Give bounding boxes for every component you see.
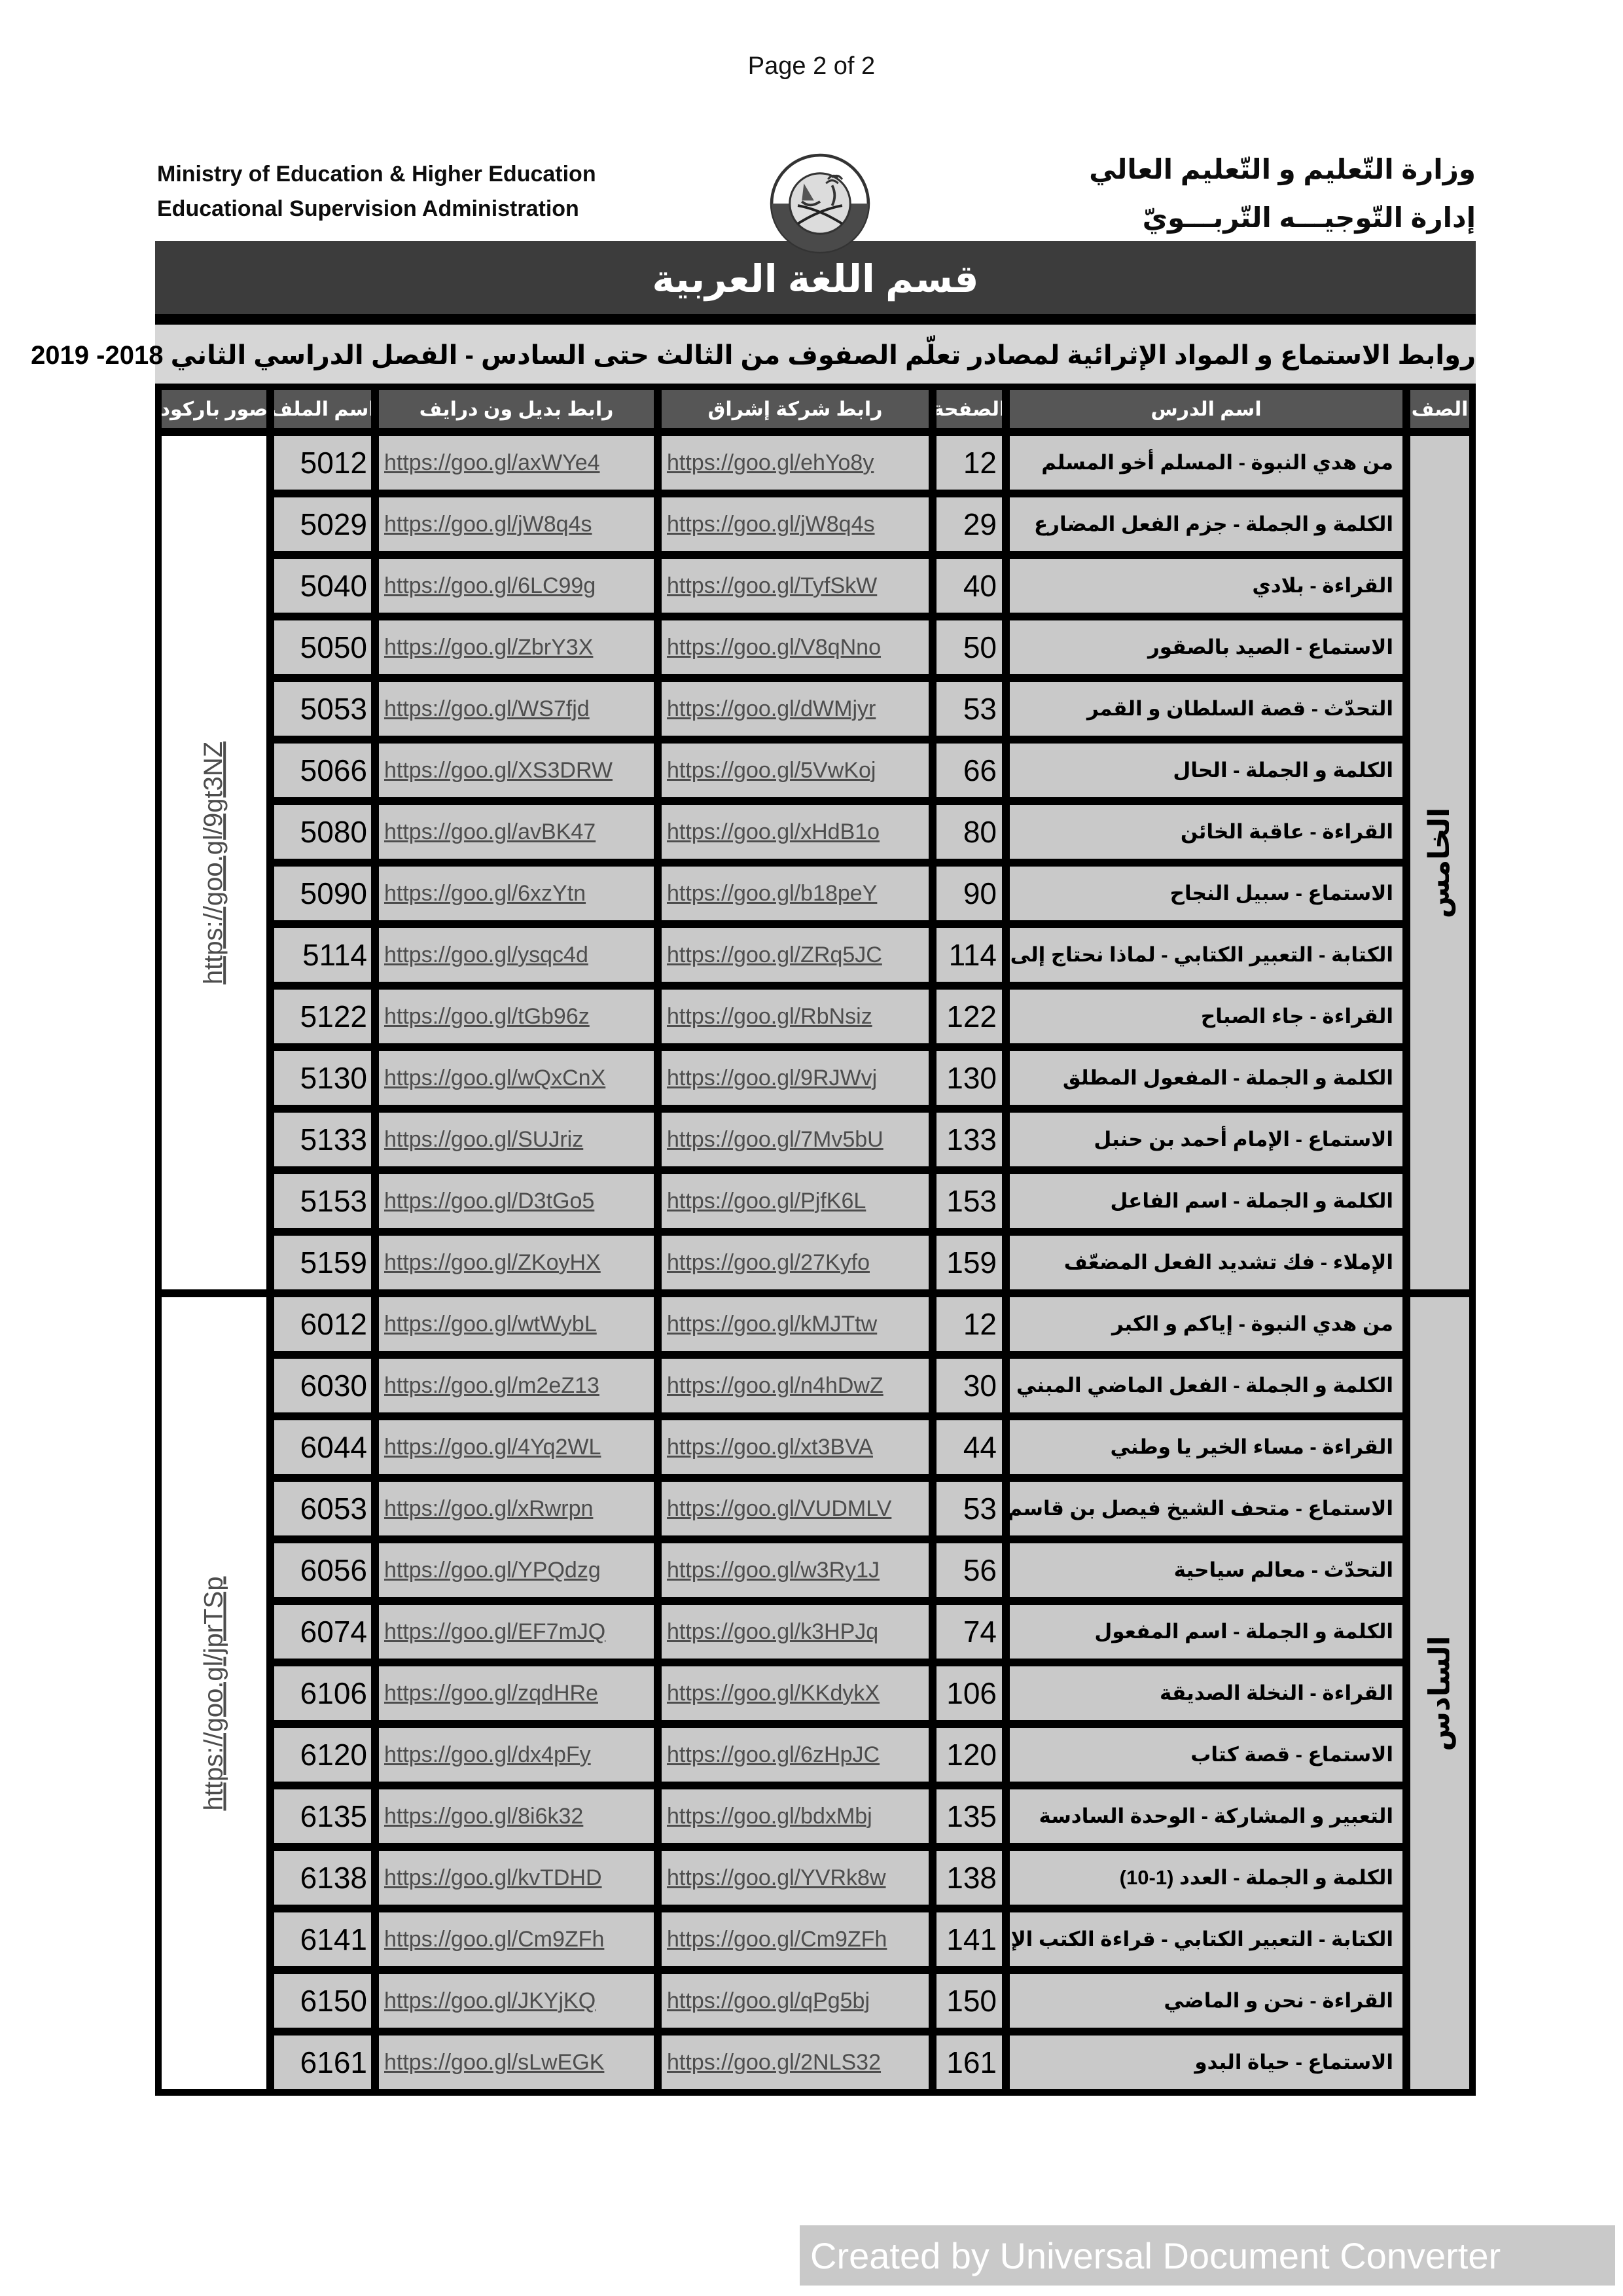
file-number: 6053 — [274, 1482, 371, 1535]
lesson-name: الكتابة - التعبير الكتابي - قراءة الكتب … — [1010, 1912, 1402, 1966]
eshraq-link-cell: https://goo.gl/dWMjyr — [662, 682, 929, 736]
onedrive-link[interactable]: https://goo.gl/SUJriz — [379, 1127, 583, 1153]
eshraq-link[interactable]: https://goo.gl/9RJWvj — [662, 1066, 877, 1091]
onedrive-link-cell: https://goo.gl/4Yq2WL — [379, 1420, 654, 1474]
file-number: 5029 — [274, 497, 371, 551]
file-number: 5153 — [274, 1174, 371, 1228]
file-number: 5066 — [274, 744, 371, 797]
file-number: 6141 — [274, 1912, 371, 1966]
onedrive-link-cell: https://goo.gl/sLwEGK — [379, 2036, 654, 2089]
page-number: 44 — [936, 1420, 1002, 1474]
eshraq-link[interactable]: https://goo.gl/w3Ry1J — [662, 1558, 880, 1583]
page-number: 133 — [936, 1113, 1002, 1166]
eshraq-link[interactable]: https://goo.gl/7Mv5bU — [662, 1127, 883, 1153]
eshraq-link-cell: https://goo.gl/kMJTtw — [662, 1297, 929, 1351]
onedrive-link[interactable]: https://goo.gl/Cm9ZFh — [379, 1927, 604, 1952]
onedrive-link[interactable]: https://goo.gl/ZKoyHX — [379, 1250, 601, 1276]
page-number: 122 — [936, 990, 1002, 1043]
eshraq-link[interactable]: https://goo.gl/V8qNno — [662, 635, 881, 660]
page-number: 30 — [936, 1359, 1002, 1412]
file-number: 5040 — [274, 559, 371, 613]
lesson-name: الكلمة و الجملة - اسم المفعول — [1010, 1605, 1402, 1659]
file-number: 5133 — [274, 1113, 371, 1166]
document-page: Page 2 of 2 Ministry of Education & High… — [0, 0, 1623, 2296]
lesson-name: من هدي النبوة - إياكم و الكبر — [1010, 1297, 1402, 1351]
onedrive-link[interactable]: https://goo.gl/dx4pFy — [379, 1742, 591, 1768]
column-header-file: اسم الملف — [274, 390, 371, 428]
onedrive-link[interactable]: https://goo.gl/ysqc4d — [379, 942, 588, 968]
column-header-page: الصفحة — [936, 390, 1002, 428]
eshraq-link[interactable]: https://goo.gl/xt3BVA — [662, 1435, 873, 1460]
eshraq-link-cell: https://goo.gl/k3HPJq — [662, 1605, 929, 1659]
eshraq-link-cell: https://goo.gl/9RJWvj — [662, 1051, 929, 1105]
page-number: 159 — [936, 1236, 1002, 1289]
eshraq-link-cell: https://goo.gl/ehYo8y — [662, 436, 929, 490]
file-number: 6135 — [274, 1789, 371, 1843]
onedrive-link-cell: https://goo.gl/axWYe4 — [379, 436, 654, 490]
section-grade-six: https://goo.gl/jprTSp السادس 6012 https:… — [162, 1297, 1469, 2089]
page-number: 74 — [936, 1605, 1002, 1659]
eshraq-link[interactable]: https://goo.gl/n4hDwZ — [662, 1373, 883, 1399]
eshraq-link[interactable]: https://goo.gl/dWMjyr — [662, 696, 876, 722]
eshraq-link-cell: https://goo.gl/TyfSkW — [662, 559, 929, 613]
lesson-name: القراءة - بلادي — [1010, 559, 1402, 613]
page-number: 12 — [936, 1297, 1002, 1351]
lesson-name: الكلمة و الجملة - الفعل الماضي المبني لل… — [1010, 1359, 1402, 1412]
onedrive-link-cell: https://goo.gl/6xzYtn — [379, 867, 654, 920]
file-number: 5012 — [274, 436, 371, 490]
lesson-name: القراءة - مساء الخير يا وطني — [1010, 1420, 1402, 1474]
page-number: 141 — [936, 1912, 1002, 1966]
onedrive-link-cell: https://goo.gl/dx4pFy — [379, 1728, 654, 1782]
page-number: 106 — [936, 1666, 1002, 1720]
onedrive-link[interactable]: https://goo.gl/zqdHRe — [379, 1681, 598, 1706]
lesson-name: الكلمة و الجملة - العدد (1-10) — [1010, 1851, 1402, 1905]
eshraq-link-cell: https://goo.gl/xt3BVA — [662, 1420, 929, 1474]
page-number: 40 — [936, 559, 1002, 613]
onedrive-link[interactable]: https://goo.gl/XS3DRW — [379, 758, 613, 783]
onedrive-link-cell: https://goo.gl/wtWybL — [379, 1297, 654, 1351]
lesson-name: الاستماع - الإمام أحمد بن حنبل — [1010, 1113, 1402, 1166]
onedrive-link[interactable]: https://goo.gl/wQxCnX — [379, 1066, 605, 1091]
eshraq-link[interactable]: https://goo.gl/6zHpJC — [662, 1742, 880, 1768]
onedrive-link[interactable]: https://goo.gl/m2eZ13 — [379, 1373, 599, 1399]
onedrive-link-cell: https://goo.gl/6LC99g — [379, 559, 654, 613]
eshraq-link-cell: https://goo.gl/2NLS32 — [662, 2036, 929, 2089]
file-number: 6150 — [274, 1974, 371, 2028]
file-number: 6161 — [274, 2036, 371, 2089]
eshraq-link-cell: https://goo.gl/KKdykX — [662, 1666, 929, 1720]
eshraq-link[interactable]: https://goo.gl/kMJTtw — [662, 1312, 877, 1337]
onedrive-link[interactable]: https://goo.gl/avBK47 — [379, 819, 596, 845]
onedrive-link-cell: https://goo.gl/kvTDHD — [379, 1851, 654, 1905]
lesson-name: الكلمة و الجملة - الحال — [1010, 744, 1402, 797]
lesson-name: الإملاء - فك تشديد الفعل المضعّف — [1010, 1236, 1402, 1289]
eshraq-link-cell: https://goo.gl/7Mv5bU — [662, 1113, 929, 1166]
onedrive-link-cell: https://goo.gl/ysqc4d — [379, 928, 654, 982]
eshraq-link-cell: https://goo.gl/n4hDwZ — [662, 1359, 929, 1412]
file-number: 5114 — [274, 928, 371, 982]
onedrive-link-cell: https://goo.gl/8i6k32 — [379, 1789, 654, 1843]
eshraq-link[interactable]: https://goo.gl/TyfSkW — [662, 573, 877, 599]
ministry-ar-line1: وزارة التّعليم و التّعليم العالي — [1089, 145, 1476, 194]
ministry-ar-line2: إدارة التّوجيـــه التّربـــويّ — [1089, 194, 1476, 242]
onedrive-link[interactable]: https://goo.gl/axWYe4 — [379, 450, 600, 476]
grade-label: السادس — [1423, 1636, 1457, 1751]
barcode-cell: https://goo.gl/9gt3NZ — [162, 436, 266, 1289]
onedrive-link[interactable]: https://goo.gl/ZbrY3X — [379, 635, 593, 660]
eshraq-link[interactable]: https://goo.gl/bdxMbj — [662, 1804, 872, 1829]
onedrive-link[interactable]: https://goo.gl/D3tGo5 — [379, 1189, 594, 1214]
file-number: 5122 — [274, 990, 371, 1043]
eshraq-link[interactable]: https://goo.gl/5VwKoj — [662, 758, 876, 783]
page-number: 130 — [936, 1051, 1002, 1105]
ministry-name-english: Ministry of Education & Higher Education… — [157, 157, 596, 226]
lesson-name: الاستماع - قصة كتاب — [1010, 1728, 1402, 1782]
ministry-en-line1: Ministry of Education & Higher Education — [157, 157, 596, 192]
eshraq-link-cell: https://goo.gl/xHdB1o — [662, 805, 929, 859]
page-number: 120 — [936, 1728, 1002, 1782]
onedrive-link-cell: https://goo.gl/ZKoyHX — [379, 1236, 654, 1289]
document-subtitle: روابط الاستماع و المواد الإثرائية لمصادر… — [155, 325, 1476, 384]
file-number: 6012 — [274, 1297, 371, 1351]
eshraq-link[interactable]: https://goo.gl/ehYo8y — [662, 450, 874, 476]
file-number: 5053 — [274, 682, 371, 736]
onedrive-link-cell: https://goo.gl/wQxCnX — [379, 1051, 654, 1105]
eshraq-link-cell: https://goo.gl/6zHpJC — [662, 1728, 929, 1782]
barcode-link[interactable]: https://goo.gl/jprTSp — [200, 1576, 229, 1810]
page-number: 153 — [936, 1174, 1002, 1228]
barcode-cell: https://goo.gl/jprTSp — [162, 1297, 266, 2089]
lesson-name: القراءة - جاء الصباح — [1010, 990, 1402, 1043]
file-number: 6106 — [274, 1666, 371, 1720]
eshraq-link-cell: https://goo.gl/b18peY — [662, 867, 929, 920]
column-header-lesson: اسم الدرس — [1010, 390, 1402, 428]
resources-table: صور باركود اسم الملف رابط بديل ون درايف … — [155, 384, 1476, 2096]
page-number: 53 — [936, 1482, 1002, 1535]
onedrive-link-cell: https://goo.gl/YPQdzg — [379, 1543, 654, 1597]
onedrive-link-cell: https://goo.gl/jW8q4s — [379, 497, 654, 551]
eshraq-link-cell: https://goo.gl/qPg5bj — [662, 1974, 929, 2028]
file-number: 6120 — [274, 1728, 371, 1782]
eshraq-link-cell: https://goo.gl/jW8q4s — [662, 497, 929, 551]
page-number: 135 — [936, 1789, 1002, 1843]
eshraq-link[interactable]: https://goo.gl/VUDMLV — [662, 1496, 891, 1522]
eshraq-link[interactable]: https://goo.gl/KKdykX — [662, 1681, 880, 1706]
eshraq-link[interactable]: https://goo.gl/qPg5bj — [662, 1988, 870, 2014]
lesson-name: القراءة - النخلة الصديقة — [1010, 1666, 1402, 1720]
onedrive-link-cell: https://goo.gl/tGb96z — [379, 990, 654, 1043]
lesson-name: الاستماع - متحف الشيخ فيصل بن قاسم آل ثا… — [1010, 1482, 1402, 1535]
grade-cell: السادس — [1410, 1297, 1469, 2089]
onedrive-link-cell: https://goo.gl/XS3DRW — [379, 744, 654, 797]
onedrive-link-cell: https://goo.gl/Cm9ZFh — [379, 1912, 654, 1966]
file-number: 5050 — [274, 620, 371, 674]
file-number: 5090 — [274, 867, 371, 920]
page-number: 138 — [936, 1851, 1002, 1905]
column-header-eshraq: رابط شركة إشراق — [662, 390, 929, 428]
lesson-name: الكلمة و الجملة - جزم الفعل المضارع — [1010, 497, 1402, 551]
eshraq-link-cell: https://goo.gl/ZRq5JC — [662, 928, 929, 982]
eshraq-link-cell: https://goo.gl/Cm9ZFh — [662, 1912, 929, 1966]
onedrive-link[interactable]: https://goo.gl/jW8q4s — [379, 512, 592, 537]
watermark-banner: Created by Universal Document Converter — [800, 2225, 1615, 2286]
grade-cell: الخامس — [1410, 436, 1469, 1289]
eshraq-link-cell: https://goo.gl/bdxMbj — [662, 1789, 929, 1843]
onedrive-link-cell: https://goo.gl/zqdHRe — [379, 1666, 654, 1720]
page-number: 50 — [936, 620, 1002, 674]
eshraq-link[interactable]: https://goo.gl/27Kyfo — [662, 1250, 870, 1276]
lesson-name: التحدّث - معالم سياحية — [1010, 1543, 1402, 1597]
column-header-barcode: صور باركود — [162, 390, 266, 428]
lesson-name: الاستماع - حياة البدو — [1010, 2036, 1402, 2089]
page-number: 90 — [936, 867, 1002, 920]
eshraq-link[interactable]: https://goo.gl/xHdB1o — [662, 819, 880, 845]
file-number: 6044 — [274, 1420, 371, 1474]
file-number: 5159 — [274, 1236, 371, 1289]
grade-label: الخامس — [1423, 807, 1457, 918]
lesson-name: من هدي النبوة - المسلم أخو المسلم — [1010, 436, 1402, 490]
ministry-en-line2: Educational Supervision Administration — [157, 192, 596, 226]
onedrive-link-cell: https://goo.gl/avBK47 — [379, 805, 654, 859]
page-number: 29 — [936, 497, 1002, 551]
onedrive-link[interactable]: https://goo.gl/kvTDHD — [379, 1865, 602, 1891]
eshraq-link-cell: https://goo.gl/27Kyfo — [662, 1236, 929, 1289]
eshraq-link[interactable]: https://goo.gl/YVRk8w — [662, 1865, 886, 1891]
file-number: 6056 — [274, 1543, 371, 1597]
lesson-name: الكلمة و الجملة - المفعول المطلق — [1010, 1051, 1402, 1105]
eshraq-link-cell: https://goo.gl/w3Ry1J — [662, 1543, 929, 1597]
section-grade-five: https://goo.gl/9gt3NZ الخامس 5012 https:… — [162, 436, 1469, 1289]
eshraq-link[interactable]: https://goo.gl/k3HPJq — [662, 1619, 878, 1645]
page-number: 56 — [936, 1543, 1002, 1597]
onedrive-link[interactable]: https://goo.gl/8i6k32 — [379, 1804, 583, 1829]
table-header-row: صور باركود اسم الملف رابط بديل ون درايف … — [162, 390, 1469, 428]
onedrive-link[interactable]: https://goo.gl/xRwrpn — [379, 1496, 593, 1522]
eshraq-link[interactable]: https://goo.gl/PjfK6L — [662, 1189, 866, 1214]
page-number: 12 — [936, 436, 1002, 490]
eshraq-link-cell: https://goo.gl/PjfK6L — [662, 1174, 929, 1228]
onedrive-link-cell: https://goo.gl/EF7mJQ — [379, 1605, 654, 1659]
lesson-name: الاستماع - سبيل النجاح — [1010, 867, 1402, 920]
eshraq-link[interactable]: https://goo.gl/2NLS32 — [662, 2050, 881, 2075]
onedrive-link[interactable]: https://goo.gl/JKYjKQ — [379, 1988, 596, 2014]
page-number: 114 — [936, 928, 1002, 982]
column-header-grade: الصف — [1410, 390, 1469, 428]
lesson-name: الاستماع - الصيد بالصقور — [1010, 620, 1402, 674]
eshraq-link[interactable]: https://goo.gl/RbNsiz — [662, 1004, 872, 1030]
onedrive-link[interactable]: https://goo.gl/6LC99g — [379, 573, 596, 599]
file-number: 5080 — [274, 805, 371, 859]
eshraq-link-cell: https://goo.gl/VUDMLV — [662, 1482, 929, 1535]
file-number: 6030 — [274, 1359, 371, 1412]
banner-divider — [155, 314, 1476, 325]
lesson-name: الكلمة و الجملة - اسم الفاعل — [1010, 1174, 1402, 1228]
page-number: 53 — [936, 682, 1002, 736]
page-number: 150 — [936, 1974, 1002, 2028]
onedrive-link-cell: https://goo.gl/WS7fjd — [379, 682, 654, 736]
onedrive-link-cell: https://goo.gl/ZbrY3X — [379, 620, 654, 674]
eshraq-link-cell: https://goo.gl/RbNsiz — [662, 990, 929, 1043]
lesson-name: التحدّث - قصة السلطان و القمر — [1010, 682, 1402, 736]
eshraq-link-cell: https://goo.gl/5VwKoj — [662, 744, 929, 797]
onedrive-link[interactable]: https://goo.gl/WS7fjd — [379, 696, 590, 722]
lesson-name: القراءة - عاقبة الخائن — [1010, 805, 1402, 859]
lesson-name: الكتابة - التعبير الكتابي - لماذا نحتاج … — [1010, 928, 1402, 982]
lesson-name: القراءة - نحن و الماضي — [1010, 1974, 1402, 2028]
barcode-link[interactable]: https://goo.gl/9gt3NZ — [200, 741, 229, 984]
onedrive-link-cell: https://goo.gl/m2eZ13 — [379, 1359, 654, 1412]
eshraq-link-cell: https://goo.gl/V8qNno — [662, 620, 929, 674]
onedrive-link[interactable]: https://goo.gl/4Yq2WL — [379, 1435, 601, 1460]
file-number: 5130 — [274, 1051, 371, 1105]
eshraq-link[interactable]: https://goo.gl/Cm9ZFh — [662, 1927, 887, 1952]
onedrive-link[interactable]: https://goo.gl/EF7mJQ — [379, 1619, 605, 1645]
onedrive-link[interactable]: https://goo.gl/sLwEGK — [379, 2050, 604, 2075]
onedrive-link-cell: https://goo.gl/JKYjKQ — [379, 1974, 654, 2028]
page-number-label: Page 2 of 2 — [0, 52, 1623, 81]
eshraq-link[interactable]: https://goo.gl/ZRq5JC — [662, 942, 882, 968]
column-header-onedrive: رابط بديل ون درايف — [379, 390, 654, 428]
eshraq-link[interactable]: https://goo.gl/b18peY — [662, 881, 877, 906]
page-number: 66 — [936, 744, 1002, 797]
onedrive-link[interactable]: https://goo.gl/6xzYtn — [379, 881, 586, 906]
lesson-name: التعبير و المشاركة - الوحدة السادسة — [1010, 1789, 1402, 1843]
eshraq-link[interactable]: https://goo.gl/jW8q4s — [662, 512, 875, 537]
onedrive-link-cell: https://goo.gl/SUJriz — [379, 1113, 654, 1166]
onedrive-link-cell: https://goo.gl/xRwrpn — [379, 1482, 654, 1535]
ministry-name-arabic: وزارة التّعليم و التّعليم العالي إدارة ا… — [1089, 145, 1476, 242]
onedrive-link-cell: https://goo.gl/D3tGo5 — [379, 1174, 654, 1228]
file-number: 6138 — [274, 1851, 371, 1905]
ministry-logo — [770, 153, 870, 254]
onedrive-link[interactable]: https://goo.gl/YPQdzg — [379, 1558, 601, 1583]
file-number: 6074 — [274, 1605, 371, 1659]
page-number: 161 — [936, 2036, 1002, 2089]
eshraq-link-cell: https://goo.gl/YVRk8w — [662, 1851, 929, 1905]
onedrive-link[interactable]: https://goo.gl/wtWybL — [379, 1312, 597, 1337]
onedrive-link[interactable]: https://goo.gl/tGb96z — [379, 1004, 590, 1030]
page-number: 80 — [936, 805, 1002, 859]
